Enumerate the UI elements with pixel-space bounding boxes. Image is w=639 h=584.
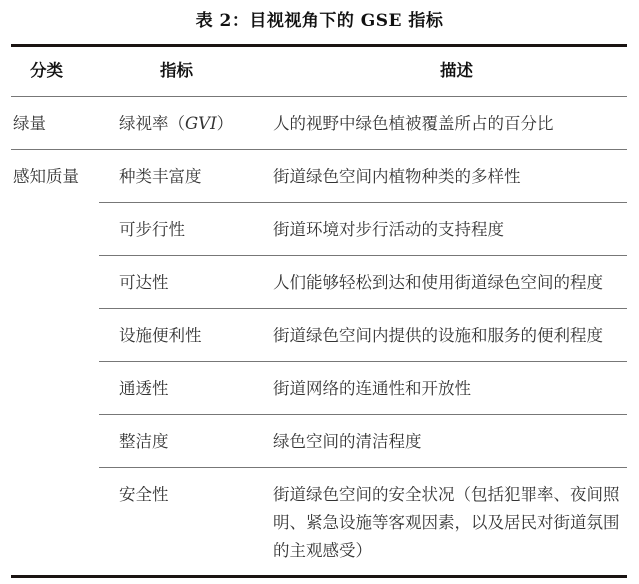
table-caption: 表 2：目视视角下的 GSE 指标 <box>0 6 639 31</box>
indicator-cell: 种类丰富度 <box>119 163 202 190</box>
indicator-cell: 可达性 <box>119 269 169 296</box>
description-cell: 街道环境对步行活动的支持程度 <box>273 216 504 243</box>
row-rule <box>99 308 627 309</box>
top-rule <box>11 44 627 47</box>
category-cell: 感知质量 <box>13 163 79 190</box>
description-cell: 街道绿色空间内植物种类的多样性 <box>273 163 521 190</box>
header-description: 描述 <box>440 57 473 84</box>
indicator-cell: 安全性 <box>119 481 169 508</box>
description-cell: 绿色空间的清洁程度 <box>273 428 422 455</box>
description-cell: 人的视野中绿色植被覆盖所占的百分比 <box>273 110 554 137</box>
category-cell: 绿量 <box>13 110 46 137</box>
indicator-cell: 整洁度 <box>119 428 169 455</box>
description-cell: 街道绿色空间内提供的设施和服务的便利程度 <box>273 322 603 349</box>
indicator-text: 绿视率（ <box>119 114 185 133</box>
row-rule <box>99 467 627 468</box>
indicator-text-end: ） <box>217 114 234 133</box>
indicator-cell: 绿视率（GVI） <box>119 110 233 137</box>
row-rule <box>99 361 627 362</box>
indicator-abbr: GVI <box>185 114 217 133</box>
indicator-cell: 通透性 <box>119 375 169 402</box>
description-cell: 街道网络的连通性和开放性 <box>273 375 471 402</box>
row-rule <box>99 255 627 256</box>
header-category: 分类 <box>30 57 63 84</box>
row-rule <box>11 149 627 150</box>
description-cell: 街道绿色空间的安全状况（包括犯罪率、夜间照明、紧急设施等客观因素，以及居民对街道… <box>273 481 628 565</box>
indicator-cell: 设施便利性 <box>119 322 202 349</box>
row-rule <box>99 414 627 415</box>
row-rule <box>99 202 627 203</box>
header-rule <box>11 96 627 97</box>
bottom-rule <box>11 575 627 578</box>
description-cell: 人们能够轻松到达和使用街道绿色空间的程度 <box>273 269 603 296</box>
indicator-cell: 可步行性 <box>119 216 185 243</box>
header-indicator: 指标 <box>160 57 193 84</box>
